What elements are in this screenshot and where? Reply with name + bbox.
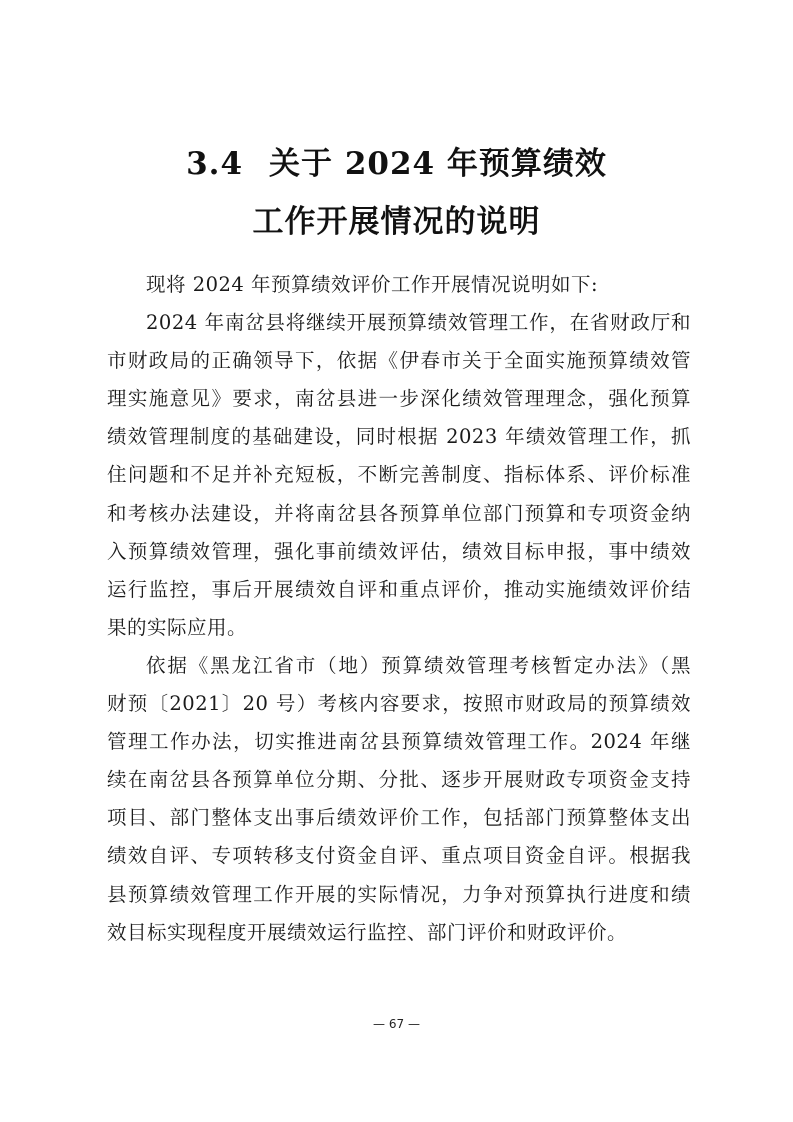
paragraph-2-line-4: 绩效管理制度的基础建设，同时根据 2023 年绩效管理工作，抓 xyxy=(107,418,691,456)
paragraph-2-line-9: 果的实际应用。 xyxy=(107,609,691,647)
paragraph-2-line-7: 入预算绩效管理，强化事前绩效评估，绩效目标申报，事中绩效 xyxy=(107,533,691,571)
paragraph-2-line-8: 运行监控，事后开展绩效自评和重点评价，推动实施绩效评价结 xyxy=(107,571,691,609)
document-title-line-2: 工作开展情况的说明 xyxy=(0,202,793,242)
paragraph-3-line-6: 绩效自评、专项转移支付资金自评、重点项目资金自评。根据我 xyxy=(107,837,691,875)
paragraph-2-line-6: 和考核办法建设，并将南岔县各预算单位部门预算和专项资金纳 xyxy=(107,495,691,533)
paragraph-2-line-1: 2024 年南岔县将继续开展预算绩效管理工作，在省财政厅和 xyxy=(107,304,691,342)
document-body: 现将 2024 年预算绩效评价工作开展情况说明如下: 2024 年南岔县将继续开… xyxy=(107,266,691,952)
paragraph-3-line-3: 管理工作办法，切实推进南岔县预算绩效管理工作。2024 年继 xyxy=(107,723,691,761)
document-title-line-1: 3.4关于 2024 年预算绩效 xyxy=(0,144,793,184)
paragraph-2-line-2: 市财政局的正确领导下，依据《伊春市关于全面实施预算绩效管 xyxy=(107,342,691,380)
paragraph-3-line-5: 项目、部门整体支出事后绩效评价工作，包括部门预算整体支出 xyxy=(107,799,691,837)
paragraph-2-line-3: 理实施意见》要求，南岔县进一步深化绩效管理理念，强化预算 xyxy=(107,380,691,418)
page-number: — 67 — xyxy=(0,1017,793,1031)
paragraph-3-line-7: 县预算绩效管理工作开展的实际情况，力争对预算执行进度和绩 xyxy=(107,876,691,914)
paragraph-3-line-2: 财预〔2021〕20 号）考核内容要求，按照市财政局的预算绩效 xyxy=(107,685,691,723)
title-text-1: 关于 2024 年预算绩效 xyxy=(269,146,607,182)
paragraph-3-line-1: 依据《黑龙江省市（地）预算绩效管理考核暂定办法》（黑 xyxy=(107,647,691,685)
document-page: 3.4关于 2024 年预算绩效 工作开展情况的说明 现将 2024 年预算绩效… xyxy=(0,0,793,1122)
paragraph-3-line-8: 效目标实现程度开展绩效运行监控、部门评价和财政评价。 xyxy=(107,914,691,952)
section-number: 3.4 xyxy=(186,146,243,182)
paragraph-1-line-1: 现将 2024 年预算绩效评价工作开展情况说明如下: xyxy=(107,266,691,304)
paragraph-3-line-4: 续在南岔县各预算单位分期、分批、逐步开展财政专项资金支持 xyxy=(107,761,691,799)
paragraph-2-line-5: 住问题和不足并补充短板，不断完善制度、指标体系、评价标准 xyxy=(107,456,691,494)
